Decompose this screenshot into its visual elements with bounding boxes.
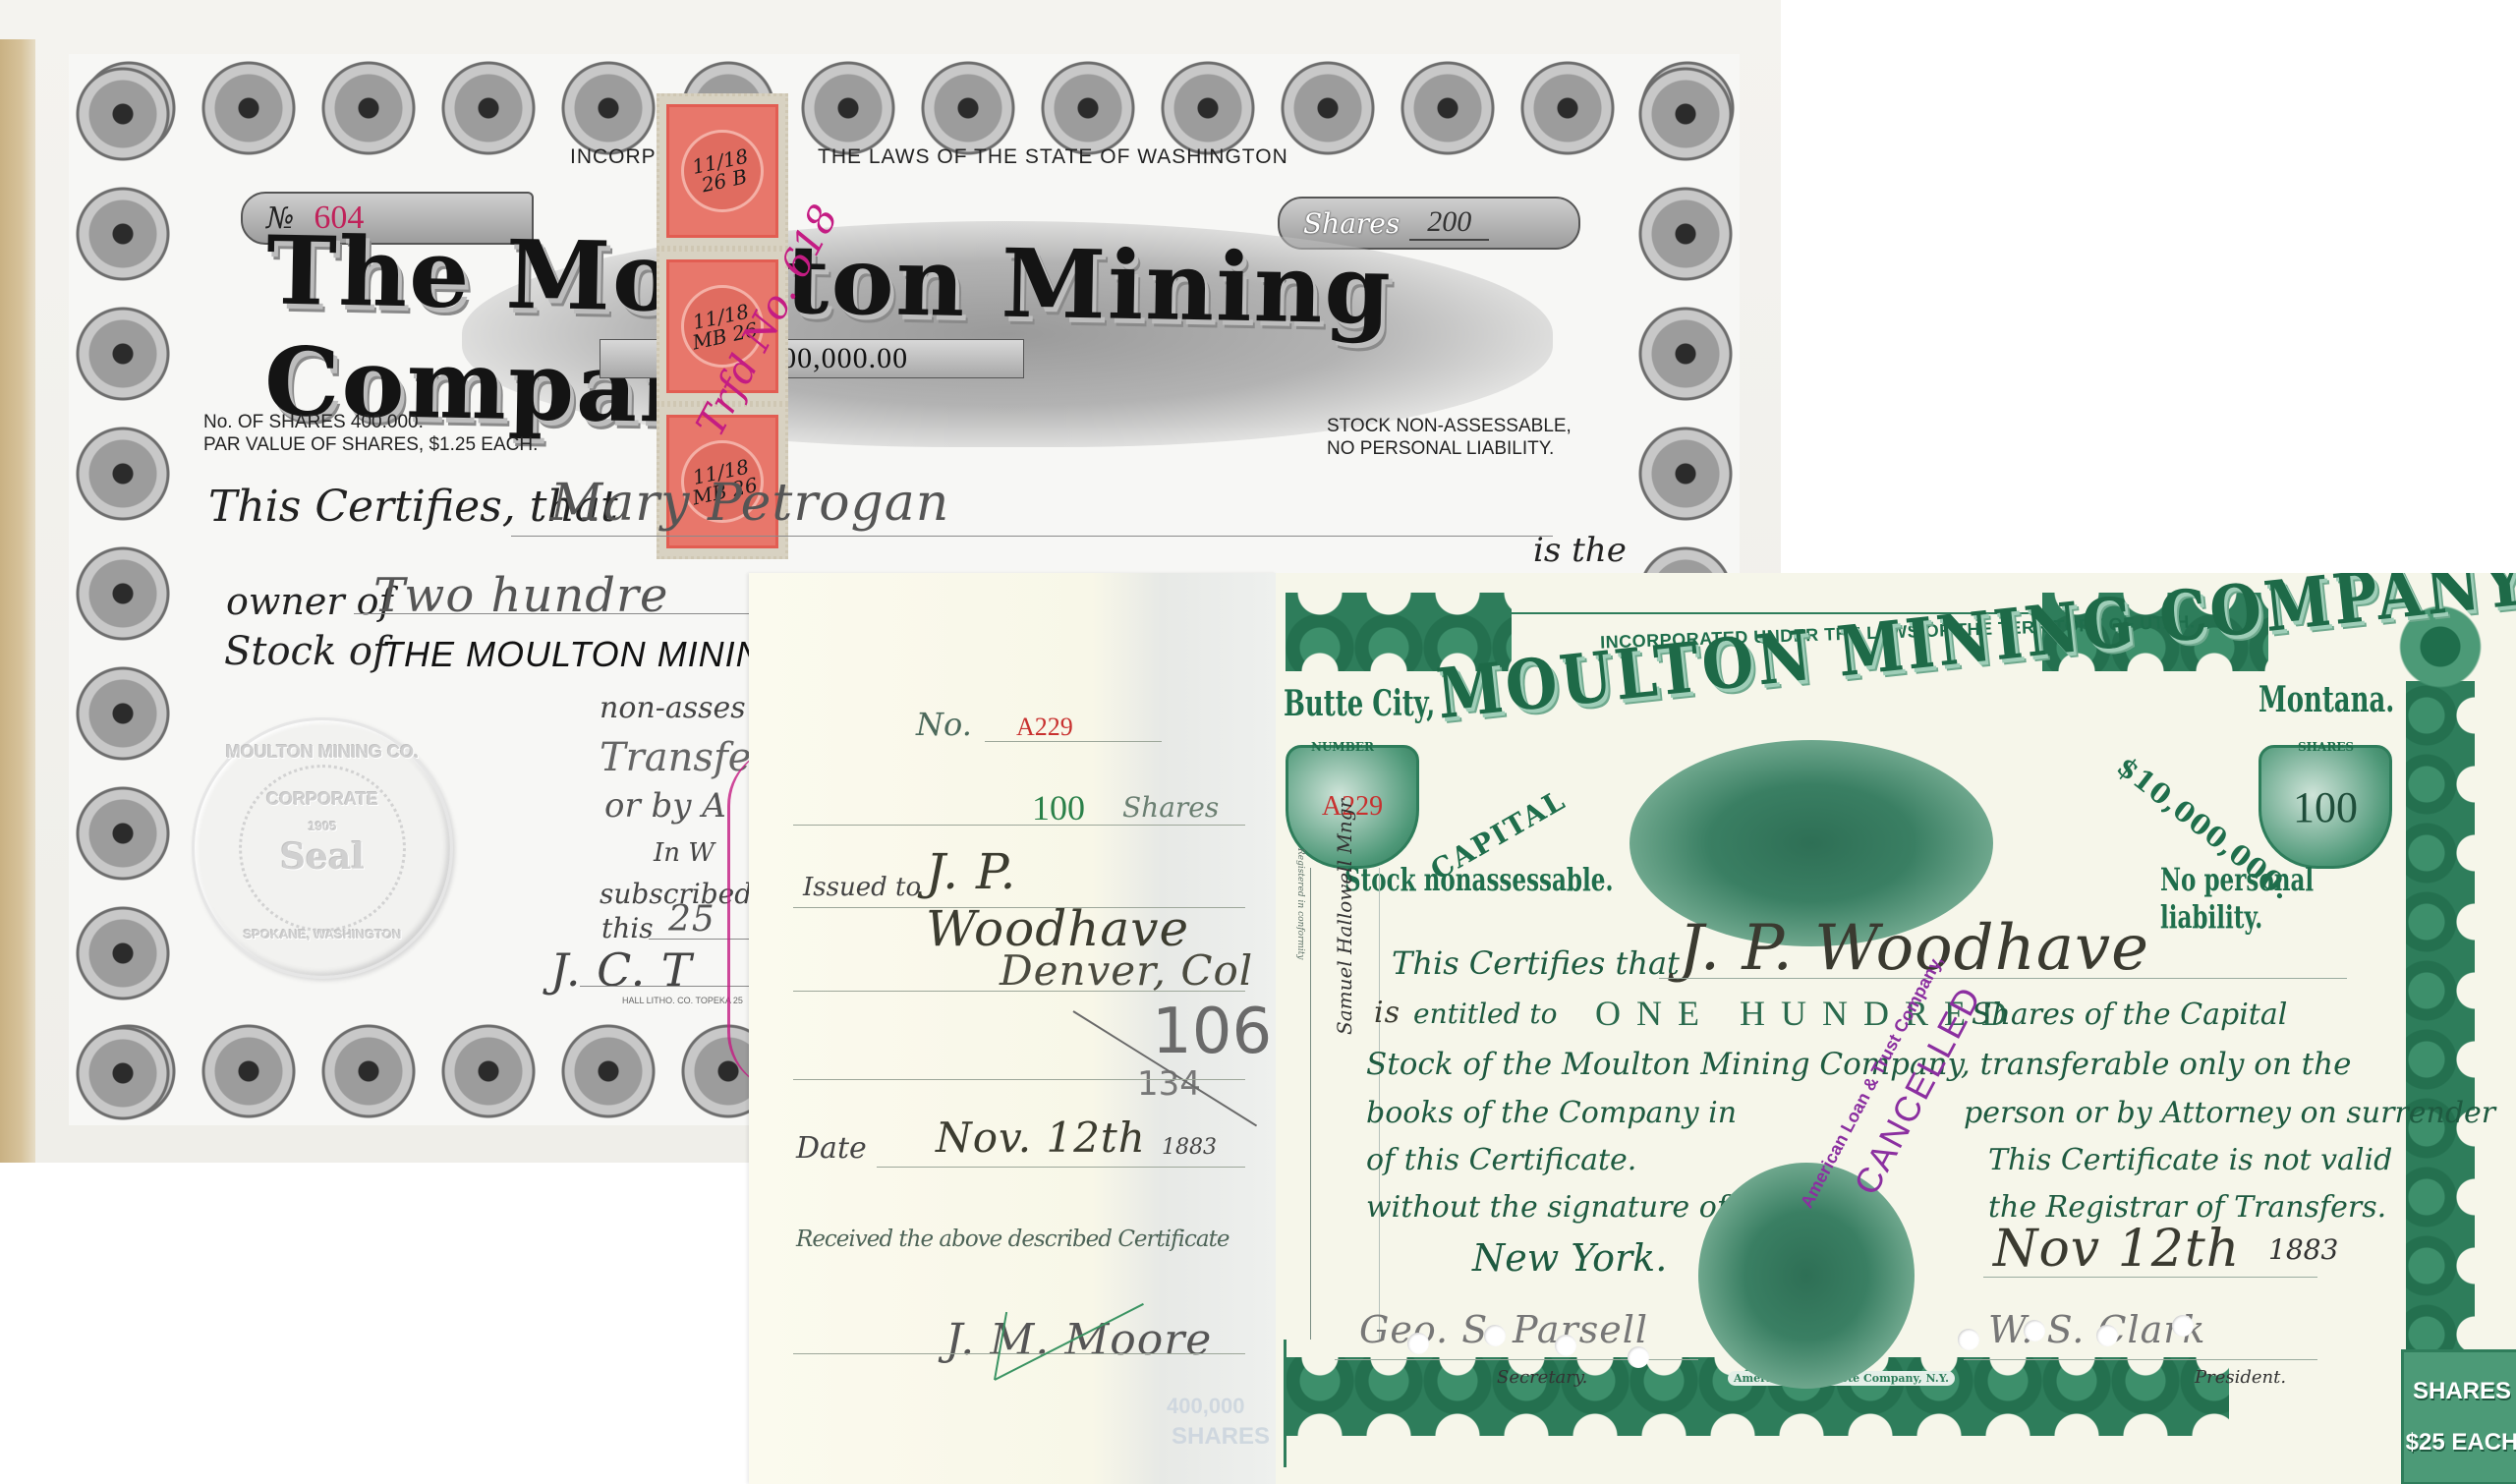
body-line-3a: books of the Company in bbox=[1366, 1096, 1737, 1130]
state-label: Montana. bbox=[2259, 679, 2394, 720]
president-label: President. bbox=[2195, 1367, 2286, 1388]
green-border-right bbox=[2406, 681, 2475, 1369]
stock-nonassessable: Stock nonassessable. bbox=[1344, 861, 1613, 898]
city-label: Butte City, bbox=[1284, 683, 1435, 724]
received-signature: J. M. Moore bbox=[945, 1315, 1212, 1365]
received-text: Received the above described Certificate bbox=[796, 1227, 1229, 1252]
paper-tape-strip bbox=[0, 39, 35, 1163]
ghost-print: 400,000 bbox=[1167, 1394, 1245, 1419]
cancellation-punch bbox=[1407, 1333, 1429, 1354]
place-label: New York. bbox=[1472, 1236, 1667, 1280]
entitled-prefix: is bbox=[1374, 996, 1401, 1030]
stub-number: A229 bbox=[1016, 713, 1073, 742]
stub-shares-label: Shares bbox=[1122, 791, 1219, 824]
certificate-stub: No. A229 100 Shares Issued to J. P. Wood… bbox=[749, 573, 1277, 1484]
issue-date: Nov 12th bbox=[1993, 1220, 2240, 1279]
no-personal-liability: No personal liability. bbox=[2160, 861, 2417, 936]
body-line-2: Stock of the Moulton Mining Company, tra… bbox=[1366, 1047, 2351, 1082]
shares-label: SHARES bbox=[2298, 740, 2354, 754]
body-line-4b: This Certificate is not valid bbox=[1988, 1143, 2392, 1177]
stock-of-value: THE MOULTON MININ bbox=[381, 634, 763, 675]
body-line-4a: of this Certificate. bbox=[1366, 1143, 1636, 1177]
cancellation-punch bbox=[1628, 1346, 1649, 1368]
owner-of-label: owner of bbox=[226, 580, 393, 623]
cancellation-punch bbox=[1555, 1335, 1576, 1356]
ornamental-border-left bbox=[69, 54, 177, 1125]
shares-shield: 100 bbox=[2259, 745, 2392, 869]
is-the-label: is the bbox=[1533, 531, 1627, 570]
stub-location: Denver, Col bbox=[1000, 946, 1253, 995]
margin-signature: Samuel Hallowell Mngr bbox=[1333, 799, 1356, 1035]
issue-year: 1883 bbox=[2268, 1233, 2338, 1266]
stub-share-count: 100 bbox=[1032, 787, 1085, 828]
margin-print: Registered in conformity bbox=[1295, 848, 1305, 960]
number-label: NUMBER bbox=[1311, 740, 1374, 754]
signature-fragment: J. C. T bbox=[550, 943, 693, 997]
stub-date: Nov. 12th bbox=[936, 1113, 1146, 1162]
cancellation-punch bbox=[2172, 1315, 2194, 1337]
date-label: Date bbox=[796, 1131, 867, 1166]
certifies-label: This Certifies that bbox=[1392, 944, 1680, 982]
body-line-1: Shares of the Capital bbox=[1972, 998, 2287, 1032]
cancellation-punch bbox=[1958, 1329, 1979, 1350]
holder-name: Mary Petrogan bbox=[550, 474, 949, 533]
holder-name: J. P. Woodhave bbox=[1679, 912, 2149, 985]
body-fragment: non-asses bbox=[600, 691, 746, 725]
revenue-stamp: 11/1826 B bbox=[657, 93, 788, 249]
printer-imprint: HALL LITHO. CO. TOPEKA 25 bbox=[622, 996, 743, 1005]
stock-of-label: Stock of bbox=[224, 629, 387, 674]
shares-info: No. OF SHARES 400.000. PAR VALUE OF SHAR… bbox=[203, 411, 538, 456]
body-fragment: In W bbox=[654, 838, 715, 868]
pencil-note: 106 bbox=[1152, 996, 1272, 1068]
date-fragment: 25 bbox=[668, 899, 715, 940]
utah-stock-certificate: INCORPORATED UNDER THE LAWS OF THE TERRI… bbox=[1276, 573, 2516, 1484]
embossed-corporate-seal: MOULTON MINING CO. CORPORATE 1905 Seal S… bbox=[192, 717, 453, 979]
liability-info: STOCK NON-ASSESSABLE, NO PERSONAL LIABIL… bbox=[1327, 415, 1572, 460]
body-fragment: this bbox=[601, 912, 654, 944]
stub-year: 1883 bbox=[1162, 1135, 1217, 1160]
stub-number-label: No. bbox=[916, 706, 972, 743]
cancellation-punch bbox=[2096, 1325, 2118, 1346]
holder-line bbox=[511, 536, 1553, 537]
owner-of-value: Two hundre bbox=[373, 568, 668, 623]
body-line-3b: person or by Attorney on surrender bbox=[1964, 1096, 2495, 1130]
secretary-label: Secretary. bbox=[1497, 1367, 1587, 1388]
cancellation-punch bbox=[2024, 1320, 2045, 1341]
par-value-box: SHARES $25 EACH bbox=[2401, 1349, 2516, 1484]
issued-to-value: J. P. Woodhave bbox=[926, 843, 1277, 957]
entitled-label: entitled to bbox=[1413, 998, 1558, 1030]
incorporation-right: THE LAWS OF THE STATE OF WASHINGTON bbox=[818, 145, 1288, 169]
issued-to-label: Issued to bbox=[803, 873, 921, 902]
ghost-print: SHARES bbox=[1172, 1423, 1270, 1451]
body-fragment: Transfe bbox=[600, 735, 751, 780]
body-fragment: or by A bbox=[604, 786, 726, 826]
cancellation-punch bbox=[1484, 1325, 1506, 1346]
body-line-5a: without the signature of bbox=[1366, 1190, 1728, 1225]
